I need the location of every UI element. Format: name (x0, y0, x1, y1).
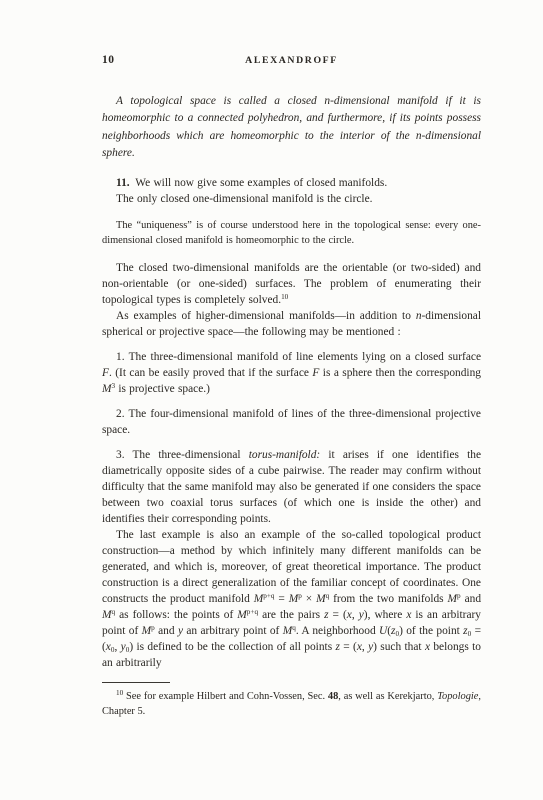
text-run: M (283, 625, 293, 637)
text-run: The closed two-dimensional manifolds are… (102, 262, 481, 306)
text-run: = ( (340, 641, 357, 653)
text-run: . (It can be easily proved that if the s… (109, 367, 312, 379)
footnote-rule (102, 682, 170, 683)
text-run: M (289, 593, 299, 605)
text-run: 2. The four-dimensional manifold of line… (102, 408, 481, 436)
text-run: = (274, 593, 288, 605)
text-run: M (254, 593, 264, 605)
paragraph: As examples of higher-dimensional manifo… (102, 308, 481, 340)
text-run: M (102, 609, 112, 621)
text-run: , as well as Kerekjarto, (338, 691, 437, 702)
text-run: M (102, 383, 112, 395)
text-run: A topological space is called a closed n… (102, 95, 481, 159)
paragraph: The closed two-dimensional manifolds are… (102, 260, 481, 308)
text-run: The only closed one-dimensional manifold… (116, 193, 373, 205)
page-header: 10 ALEXANDROFF (102, 54, 481, 68)
paragraph: 11. We will now give some examples of cl… (102, 175, 481, 191)
paragraph: The only closed one-dimensional manifold… (102, 191, 481, 207)
paragraph: 2. The four-dimensional manifold of line… (102, 406, 481, 438)
text-run: 48 (328, 691, 338, 702)
text-run: M (448, 593, 458, 605)
paragraph: The “uniqueness” is of course understood… (102, 218, 481, 248)
paragraph: 1. The three-dimensional manifold of lin… (102, 349, 481, 397)
text-run: is a sphere then the corresponding (319, 367, 481, 379)
running-title: ALEXANDROFF (102, 55, 481, 66)
text-run: F (102, 367, 109, 379)
text-run: M (142, 625, 152, 637)
text-run: As examples of higher-dimensional manifo… (116, 310, 416, 322)
text-run: , (352, 609, 359, 621)
text-run: 10 (281, 293, 288, 301)
text-run: 3. The three-dimensional (116, 449, 249, 461)
text-run: are the pairs (258, 609, 324, 621)
text-run: and (461, 593, 481, 605)
text-run: × (302, 593, 316, 605)
text-column: 10 ALEXANDROFF A topological space is ca… (102, 54, 481, 720)
text-run: M (316, 593, 326, 605)
paragraph: 3. The three-dimensional torus-manifold:… (102, 447, 481, 527)
text-run: as follows: the points of (115, 609, 237, 621)
text-run: ), where (364, 609, 407, 621)
text-run: torus-manifold: (249, 449, 321, 461)
text-run: ) of the point (399, 625, 463, 637)
paragraph: A topological space is called a closed n… (102, 93, 481, 163)
text-run: = ( (329, 609, 347, 621)
body-text: A topological space is called a closed n… (102, 93, 481, 671)
text-run: We will now give some examples of closed… (130, 177, 388, 189)
text-run: U (379, 625, 387, 637)
text-run: 11. (116, 177, 130, 189)
book-page: 10 ALEXANDROFF A topological space is ca… (0, 0, 543, 800)
text-run: p+q (247, 608, 258, 616)
text-run: . A neighborhood (296, 625, 379, 637)
text-run: M (237, 609, 247, 621)
text-run: from the two manifolds (329, 593, 447, 605)
text-run: an arbitrary point of (183, 625, 283, 637)
paragraph: The last example is also an example of t… (102, 527, 481, 671)
text-run: is projective space.) (115, 383, 210, 395)
text-run: p+q (263, 592, 274, 600)
text-run: and (155, 625, 178, 637)
paragraph: 10 See for example Hilbert and Cohn-Voss… (102, 689, 481, 720)
text-run: ) is defined to be the collection of all… (129, 641, 335, 653)
text-run: ) such that (373, 641, 425, 653)
footnote: 10 See for example Hilbert and Cohn-Voss… (102, 689, 481, 720)
text-run: 1. The three-dimensional manifold of lin… (116, 351, 481, 363)
text-run: See for example Hilbert and Cohn-Vossen,… (123, 691, 328, 702)
text-run: The “uniqueness” is of course understood… (102, 220, 481, 246)
text-run: Topologie (437, 691, 478, 702)
